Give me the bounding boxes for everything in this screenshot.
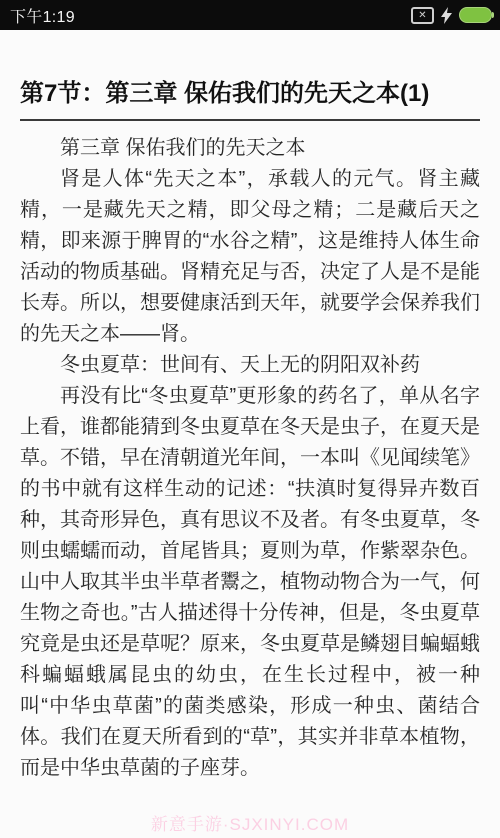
battery-icon (459, 7, 492, 23)
chapter-body: 第三章 保佑我们的先天之本 肾是人体“先天之本”，承载人的元气。肾主藏精，一是藏… (20, 133, 480, 784)
clock-label: 下午1:19 (10, 4, 75, 27)
status-icons: ✕ (411, 7, 492, 24)
reader-content[interactable]: 第7节：第三章 保佑我们的先天之本(1) 第三章 保佑我们的先天之本 肾是人体“… (0, 78, 500, 784)
paragraph-subheading: 第三章 保佑我们的先天之本 (20, 133, 480, 164)
status-bar: 下午1:19 ✕ (0, 0, 500, 30)
paragraph-subheading: 冬虫夏草：世间有、天上无的阴阳双补药 (20, 350, 480, 381)
site-watermark: 新意手游·SJXINYI.COM (0, 810, 500, 835)
no-sim-icon: ✕ (411, 7, 434, 24)
paragraph-body: 肾是人体“先天之本”，承载人的元气。肾主藏精，一是藏先天之精，即父母之精；二是藏… (20, 164, 480, 350)
chapter-title: 第7节：第三章 保佑我们的先天之本(1) (20, 78, 480, 121)
paragraph-body: 再没有比“冬虫夏草”更形象的药名了，单从名字上看，谁都能猜到冬虫夏草在冬天是虫子… (20, 381, 480, 784)
charging-icon (441, 7, 452, 24)
